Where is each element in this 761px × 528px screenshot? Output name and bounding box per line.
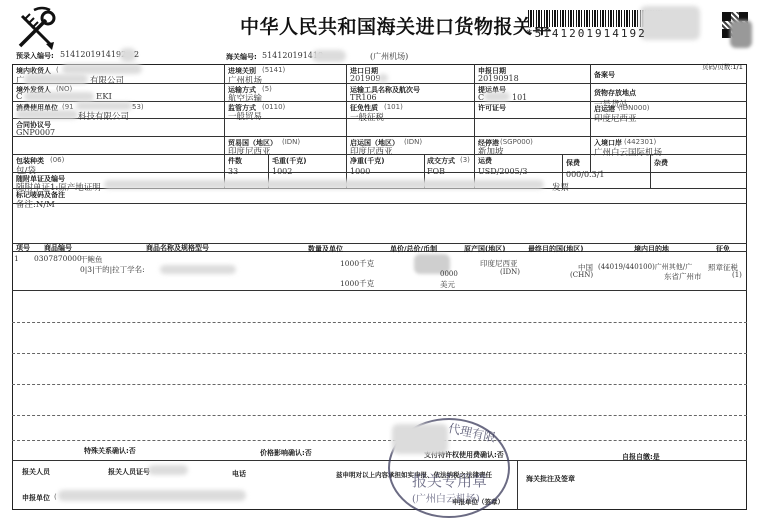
col-item-no: 项号 <box>16 243 30 253</box>
phone-label: 电话 <box>232 469 246 479</box>
record-no-label: 备案号 <box>594 70 615 80</box>
pre-entry-label: 预录入编号: <box>16 51 54 61</box>
contract-no-value: GNP0007 <box>16 128 55 137</box>
pieces-label: 件数 <box>228 156 242 166</box>
customs-no-label: 海关编号: <box>226 52 257 62</box>
freight-label: 运费 <box>478 156 492 166</box>
currency: 美元 <box>440 279 455 290</box>
bill-no-value: 101 <box>512 93 527 102</box>
declaration-form <box>12 64 747 510</box>
declarant-cert-label: 报关人员证号 <box>108 467 150 477</box>
transaction-mode-label: 成交方式 <box>427 156 455 166</box>
document-title: 中华人民共和国海关进口货物报关单 <box>240 12 552 39</box>
misc-fee-label: 杂费 <box>654 158 668 168</box>
col-domestic-dest: 境内目的地 <box>634 244 669 254</box>
license-no-label: 许可证号 <box>478 103 506 113</box>
declare-date-value: 20190918 <box>478 74 519 83</box>
transport-name-value: TR106 <box>350 93 377 102</box>
freight-value: USD/2005/3 <box>478 167 527 176</box>
stamp-text: 报关专用章 <box>412 470 487 491</box>
declaring-unit-label: 申报单位 <box>22 493 50 503</box>
supervision-mode-value: 一般贸易 <box>228 110 262 122</box>
insurance-value: 000/0.3/1 <box>566 170 604 179</box>
redacted-qr <box>730 20 752 48</box>
customs-office-note: (广州机场) <box>370 51 408 62</box>
import-date-value: 201909 <box>350 74 381 83</box>
col-levy: 征免 <box>716 244 730 254</box>
marks-value: 备注:N/M <box>16 198 55 210</box>
declarant-label: 报关人员 <box>22 467 50 477</box>
col-dest-country: 最终目的国(地区) <box>528 244 583 254</box>
storage-place-label: 货物存放地点 <box>594 88 636 98</box>
col-name-spec: 商品名称及规格型号 <box>146 243 209 253</box>
hs-code: 0307870000 <box>34 254 82 263</box>
customs-emblem-icon <box>16 6 56 50</box>
gross-weight-value: 1002 <box>272 167 292 176</box>
pieces-value: 33 <box>228 167 238 176</box>
consumer-unit-value: 科技有限公司 <box>78 110 129 122</box>
self-report-confirm: 自报自缴:是 <box>622 452 660 462</box>
departure-port-value: 印度尼西亚 <box>594 112 637 124</box>
col-origin: 原产国(地区) <box>464 244 505 254</box>
customs-note-label: 海关批注及签章 <box>526 474 575 484</box>
net-weight-label: 净重(千克) <box>350 156 384 166</box>
quantity-2: 1000千克 <box>340 278 374 289</box>
entry-port-value: 广州白云国际机场 <box>594 146 662 158</box>
quantity-1: 1000千克 <box>340 258 374 269</box>
price-influence-confirm: 价格影响确认:否 <box>260 448 312 458</box>
stamp-subtext: (广州白云机场) <box>412 490 480 505</box>
consignee-value: 有限公司 <box>90 74 124 86</box>
net-weight-value: 1000 <box>350 167 370 176</box>
col-quantity: 数量及单位 <box>308 244 343 254</box>
transaction-mode-value: FOB <box>427 167 445 176</box>
total-price: 0000 <box>440 270 458 278</box>
pre-entry-value: 5141201914192 <box>60 50 126 59</box>
goods-spec: 0|3|干的|拉丁学名: <box>80 264 145 275</box>
col-price: 单价/总价/币制 <box>390 244 437 254</box>
barcode-text: *5141201914192 <box>526 27 647 40</box>
col-hs-code: 商品编号 <box>44 243 72 253</box>
special-relation-confirm: 特殊关系确认:否 <box>84 446 136 456</box>
insurance-label: 保费 <box>566 158 580 168</box>
shipper-value: EKI <box>96 92 112 102</box>
redacted-barcode <box>640 6 700 40</box>
gross-weight-label: 毛重(千克) <box>272 156 306 166</box>
levy-nature-value: 一般征税 <box>350 111 384 123</box>
